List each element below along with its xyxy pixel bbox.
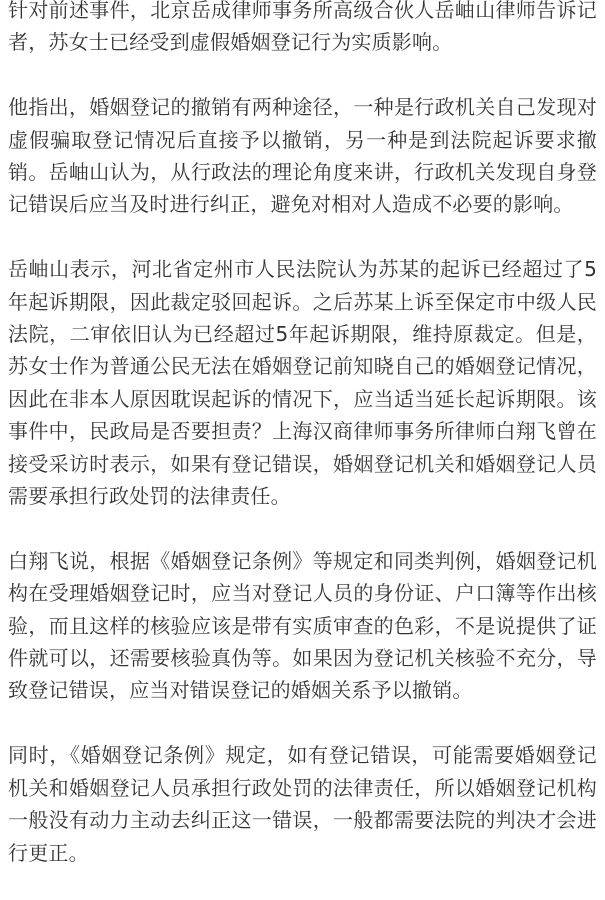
paragraph-regulation-liability: 同时，《婚姻登记条例》规定，如有登记错误，可能需要婚姻登记机关和婚姻登记人员承担… [8,739,597,869]
paragraph-registration-verification: 白翔飞说，根据《婚姻登记条例》等规定和同类判例，婚姻登记机构在受理婚姻登记时，应… [8,545,597,707]
paragraph-court-ruling: 岳岫山表示，河北省定州市人民法院认为苏某的起诉已经超过了5年起诉期限，因此裁定驳… [8,253,597,512]
paragraph-lawyer-yue-statement: 针对前述事件，北京岳成律师事务所高级合伙人岳岫山律师告诉记者，苏女士已经受到虚假… [8,0,597,59]
paragraph-revocation-methods: 他指出，婚姻登记的撤销有两种途径，一种是行政机关自己发现对虚假骗取登记情况后直接… [8,91,597,221]
article-body: 针对前述事件，北京岳成律师事务所高级合伙人岳岫山律师告诉记者，苏女士已经受到虚假… [0,0,605,869]
